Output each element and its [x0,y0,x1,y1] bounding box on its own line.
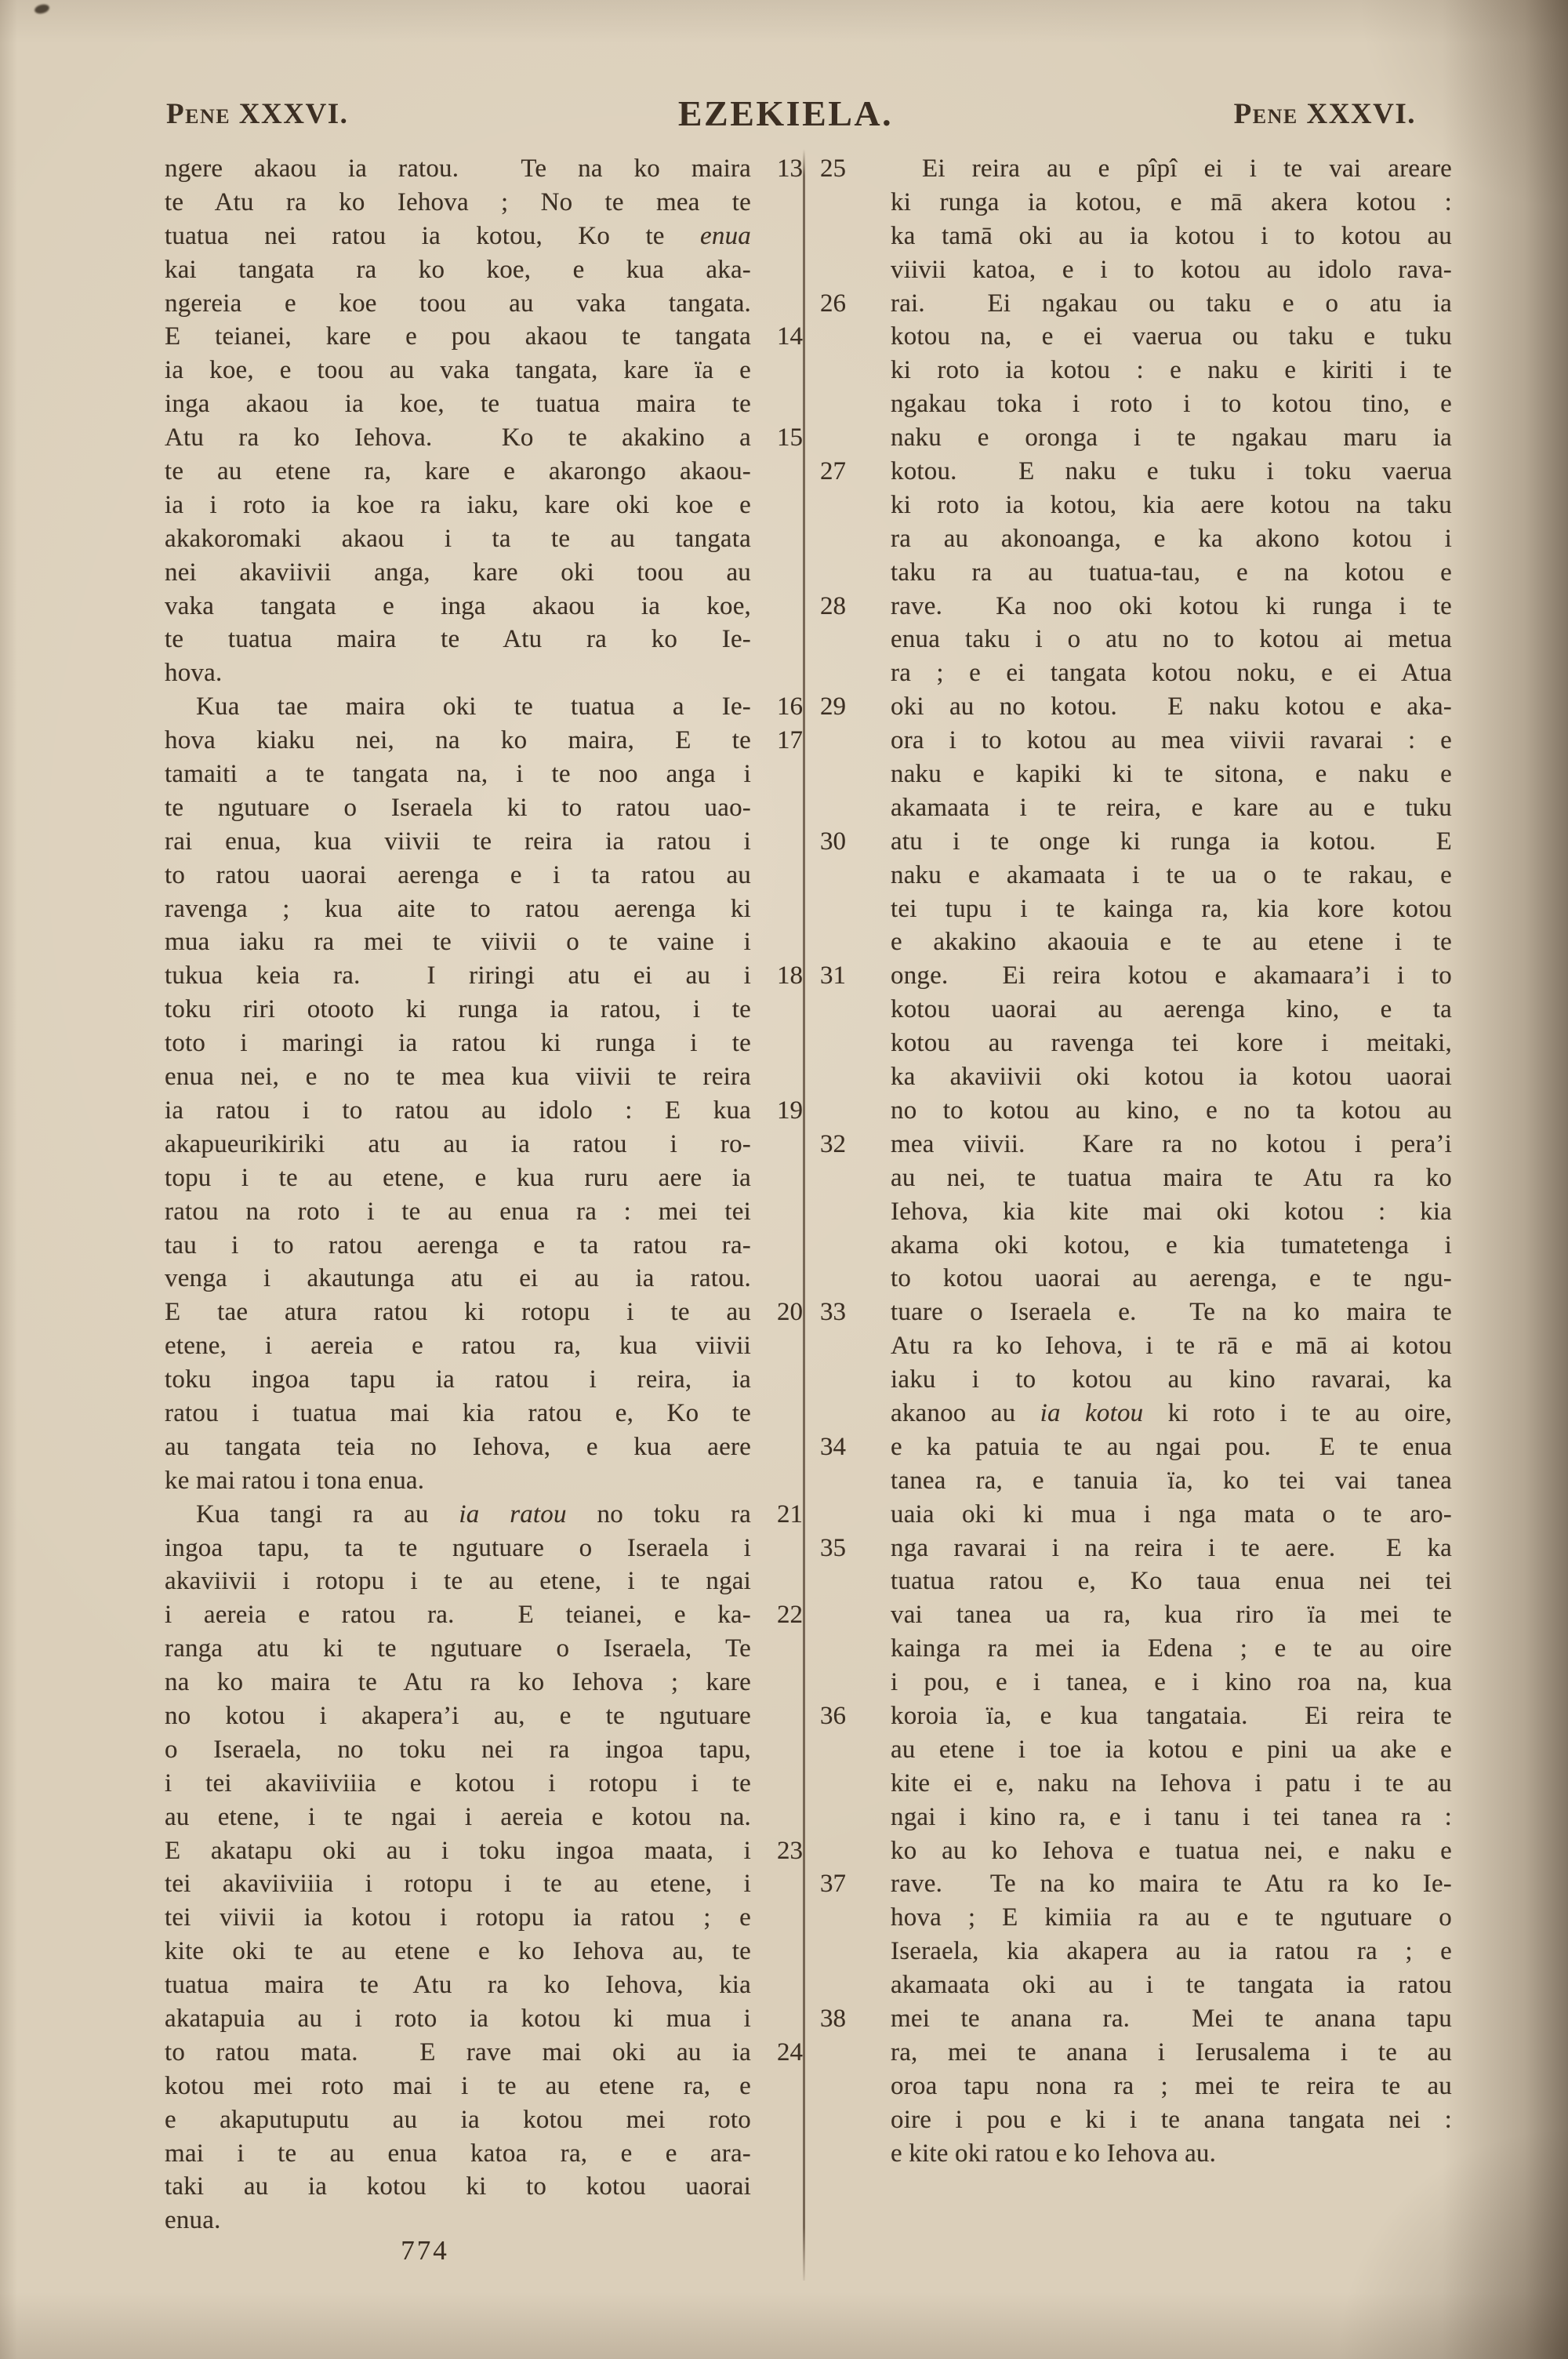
text-line: tei akaviiviiia i rotopu i te au etene, … [165,1867,751,1901]
text-line: mai i te au enua katoa ra, e e ara- [165,2137,751,2171]
text-line: kite oki te au etene e ko Iehova au, te [165,1935,751,1968]
text-line: ka akaviivii oki kotou ia kotou uaorai [891,1060,1452,1094]
text-line: i tei akaviiviiia e kotou i rotopu i te [165,1767,751,1801]
text-line: ia koe, e toou au vaka tangata, kare ïa … [165,354,751,387]
text-line: kite ei e, naku na Iehova i patu i te au [891,1767,1452,1801]
text-line: uaia oki ki mua i nga mata o te aro- [891,1498,1452,1532]
text-line: e ka patuia te au ngai pou. E te enua34 [891,1430,1452,1464]
verse-number: 16 [777,690,803,724]
text-line: ia ratou i to ratou au idolo : E kua19 [165,1094,751,1128]
text-line: ranga atu ki te ngutuare o Iseraela, Te [165,1632,751,1666]
text-line: ki runga ia kotou, e mā akera kotou : [891,186,1452,220]
text-line: inga akaou ia koe, te tuatua maira te [165,387,751,421]
verse-number: 21 [777,1498,803,1532]
verse-number: 13 [777,152,803,186]
text-line: ka tamā oki au ia kotou i to kotou au [891,220,1452,253]
text-line: E tae atura ratou ki rotopu i te au20 [165,1296,751,1329]
text-line: topu i te au etene, e kua ruru aere ia [165,1161,751,1195]
text-line: no to kotou au kino, e no ta kotou au [891,1094,1452,1128]
text-line: tau i to ratou aerenga e ta ratou ra- [165,1229,751,1263]
text-line: atu i te onge ki runga ia kotou. E30 [891,825,1452,859]
text-line: ki roto ia kotou : e naku e kiriti i te [891,354,1452,387]
text-line: au nei, te tuatua maira te Atu ra ko [891,1161,1452,1195]
text-line: akakoromaki akaou i ta te au tangata [165,522,751,556]
column-left: ngere akaou ia ratou. Te na ko maira13te… [165,152,751,2237]
text-line: hova. [165,656,751,690]
verse-number: 18 [777,959,803,993]
verse-number: 33 [820,1296,846,1329]
text-line: Iseraela, kia akapera au ia ratou ra ; e [891,1935,1452,1968]
text-line: i aereia e ratou ra. E teianei, e ka-22 [165,1598,751,1632]
text-line: enua. [165,2204,751,2237]
text-line: akatapuia au i roto ia kotou ki mua i [165,2002,751,2036]
text-line: akama oki kotou, e kia tumatetenga i [891,1229,1452,1263]
text-line: ra ; e ei tangata kotou noku, e ei Atua [891,656,1452,690]
text-line: tamaiti a te tangata na, i te noo anga i [165,758,751,791]
text-line: rai. Ei ngakau ou taku e o atu ia26 [891,287,1452,321]
text-line: nei akaviivii anga, kare oki toou au [165,556,751,590]
text-line: tuatua nei ratou ia kotou, Ko te enua [165,220,751,253]
text-line: enua taku i o atu no to kotou ai metua [891,623,1452,656]
text-line: hova ; E kimiia ra au e te ngutuare o [891,1901,1452,1935]
text-line: taki au ia kotou ki to kotou uaorai [165,2170,751,2204]
verse-number: 27 [820,455,846,489]
text-line: te tuatua maira te Atu ra ko Ie- [165,623,751,656]
text-line: kotou mei roto mai i te au etene ra, e [165,2070,751,2103]
text-line: ngereia e koe toou au vaka tangata. [165,287,751,321]
text-line: akanoo au ia kotou ki roto i te au oire, [891,1397,1452,1430]
verse-number: 34 [820,1430,846,1464]
column-right: Ei reira au e pîpî ei i te vai areare25k… [891,152,1452,2170]
text-line: au tangata teia no Iehova, e kua aere [165,1430,751,1464]
text-line: akaviivii i rotopu i te au etene, i te n… [165,1565,751,1598]
verse-number: 32 [820,1128,846,1161]
verse-number: 28 [820,590,846,623]
text-line: tuatua maira te Atu ra ko Iehova, kia [165,1968,751,2002]
text-line: venga i akautunga atu ei au ia ratou. [165,1262,751,1296]
text-line: i pou, e i tanea, e i kino roa na, kua [891,1666,1452,1699]
text-line: ra au akonoanga, e ka akono kotou i [891,522,1452,556]
text-line: Atu ra ko Iehova. Ko te akakino a15 [165,421,751,455]
text-line: te au etene ra, kare e akarongo akaou- [165,455,751,489]
verse-number: 36 [820,1699,846,1733]
text-line: kotou uaorai au aerenga kino, e ta [891,993,1452,1027]
text-line: na ko maira te Atu ra ko Iehova ; kare [165,1666,751,1699]
text-line: mei te anana ra. Mei te anana tapu38 [891,2002,1452,2036]
text-line: E teianei, kare e pou akaou te tangata14 [165,320,751,354]
text-line: naku e akamaata i te ua o te rakau, e [891,859,1452,892]
verse-number: 20 [777,1296,803,1329]
text-line: no kotou i akapera’i au, e te ngutuare [165,1699,751,1733]
text-line: vaka tangata e inga akaou ia koe, [165,590,751,623]
text-line: ingoa tapu, ta te ngutuare o Iseraela i [165,1532,751,1565]
text-line: to ratou mata. E rave mai oki au ia24 [165,2036,751,2070]
text-line: oire i pou e ki i te anana tangata nei : [891,2103,1452,2137]
text-line: Atu ra ko Iehova, i te rā e mā ai kotou [891,1329,1452,1363]
text-line: Kua tae maira oki te tuatua a Ie-16 [165,690,751,724]
text-line: Kua tangi ra au ia ratou no toku ra21 [165,1498,751,1532]
text-line: rave. Te na ko maira te Atu ra ko Ie-37 [891,1867,1452,1901]
verse-number: 26 [820,287,846,321]
text-line: naku e kapiki ki te sitona, e naku e [891,758,1452,791]
text-line: kotou. E naku e tuku i toku vaerua27 [891,455,1452,489]
text-line: ravenga ; kua aite to ratou aerenga ki [165,892,751,926]
text-line: ngakau toka i roto i to kotou tino, e [891,387,1452,421]
text-line: tuatua ratou e, Ko taua enua nei tei [891,1565,1452,1598]
text-line: mea viivii. Kare ra no kotou i pera’i32 [891,1128,1452,1161]
text-line: oki au no kotou. E naku kotou e aka-29 [891,690,1452,724]
text-line: oroa tapu nona ra ; mei te reira te au [891,2070,1452,2103]
verse-number: 19 [777,1094,803,1128]
verse-number: 31 [820,959,846,993]
text-line: o Iseraela, no toku nei ra ingoa tapu, [165,1733,751,1767]
verse-number: 22 [777,1598,803,1632]
text-line: ratou na roto i te au enua ra : mei tei [165,1195,751,1229]
text-line: Iehova, kia kite mai oki kotou : kia [891,1195,1452,1229]
running-head-book-title: EZEKIELA. [678,93,893,134]
page-number: 774 [362,2235,488,2266]
text-line: rave. Ka noo oki kotou ki runga i te28 [891,590,1452,623]
text-line: to kotou uaorai au aerenga, e te ngu- [891,1262,1452,1296]
verse-number: 15 [777,421,803,455]
text-line: hova kiaku nei, na ko maira, E te17 [165,724,751,758]
text-line: ke mai ratou i tona enua. [165,1464,751,1498]
text-line: enua nei, e no te mea kua viivii te reir… [165,1060,751,1094]
verse-number: 25 [820,152,846,186]
text-line: to ratou uaorai aerenga e i ta ratou au [165,859,751,892]
text-line: ngai i kino ra, e i tanu i tei tanea ra … [891,1801,1452,1834]
text-line: kai tangata ra ko koe, e kua aka- [165,253,751,287]
text-line: toku ingoa tapu ia ratou i reira, ia [165,1363,751,1397]
running-head-chapter-right: Pene XXXVI. [1234,97,1416,131]
running-head-chapter-left: Pene XXXVI. [166,97,348,131]
text-line: iaku i to kotou au kino ravarai, ka [891,1363,1452,1397]
text-line: mua iaku ra mei te viivii o te vaine i [165,925,751,959]
verse-number: 37 [820,1867,846,1901]
text-line: E akatapu oki au i toku ingoa maata, i23 [165,1834,751,1868]
text-line: ora i to kotou au mea viivii ravarai : e [891,724,1452,758]
verse-number: 38 [820,2002,846,2036]
text-line: tei viivii ia kotou i rotopu ia ratou ; … [165,1901,751,1935]
text-line: e akakino akaouia e te au etene i te [891,925,1452,959]
text-line: kotou na, e ei vaerua ou taku e tuku [891,320,1452,354]
text-line: ia i roto ia koe ra iaku, kare oki koe e [165,489,751,522]
text-line: ki roto ia kotou, kia aere kotou na taku [891,489,1452,522]
verse-number: 14 [777,320,803,354]
text-line: vai tanea ua ra, kua riro ïa mei te [891,1598,1452,1632]
verse-number: 24 [777,2036,803,2070]
text-line: ra, mei te anana i Ierusalema i te au [891,2036,1452,2070]
text-line: viivii katoa, e i to kotou au idolo rava… [891,253,1452,287]
text-line: ko au ko Iehova e tuatua nei, e naku e [891,1834,1452,1868]
text-line: onge. Ei reira kotou e akamaara’i i to31 [891,959,1452,993]
text-line: te Atu ra ko Iehova ; No te mea te [165,186,751,220]
text-line: tanea ra, e tanuia ïa, ko tei vai tanea [891,1464,1452,1498]
text-line: Ei reira au e pîpî ei i te vai areare25 [891,152,1452,186]
text-line: etene, i aereia e ratou ra, kua viivii [165,1329,751,1363]
column-divider-rule [803,149,805,2281]
text-line: au etene, i te ngai i aereia e kotou na. [165,1801,751,1834]
verse-number: 35 [820,1532,846,1565]
text-line: tukua keia ra. I riringi atu ei au i18 [165,959,751,993]
verse-number: 30 [820,825,846,859]
text-line: nga ravarai i na reira i te aere. E ka35 [891,1532,1452,1565]
ink-speck [34,3,50,15]
text-line: akamaata oki au i te tangata ia ratou [891,1968,1452,2002]
text-line: te ngutuare o Iseraela ki to ratou uao- [165,791,751,825]
text-line: toku riri otooto ki runga ia ratou, i te [165,993,751,1027]
text-line: toto i maringi ia ratou ki runga i te [165,1027,751,1060]
text-line: e kite oki ratou e ko Iehova au. [891,2137,1452,2171]
text-line: taku ra au tuatua-tau, e na kotou e [891,556,1452,590]
text-line: tei tupu i te kainga ra, kia kore kotou [891,892,1452,926]
book-page: Pene XXXVI. EZEKIELA. Pene XXXVI. ngere … [0,0,1568,2359]
text-line: tuare o Iseraela e. Te na ko maira te33 [891,1296,1452,1329]
verse-number: 29 [820,690,846,724]
verse-number: 17 [777,724,803,758]
text-line: kotou au ravenga tei kore i meitaki, [891,1027,1452,1060]
text-line: akamaata i te reira, e kare au e tuku [891,791,1452,825]
text-line: au etene i toe ia kotou e pini ua ake e [891,1733,1452,1767]
text-line: ratou i tuatua mai kia ratou e, Ko te [165,1397,751,1430]
text-line: ngere akaou ia ratou. Te na ko maira13 [165,152,751,186]
text-line: rai enua, kua viivii te reira ia ratou i [165,825,751,859]
text-line: naku e oronga i te ngakau maru ia [891,421,1452,455]
text-line: koroia ïa, e kua tangataia. Ei reira te3… [891,1699,1452,1733]
text-line: akapueurikiriki atu au ia ratou i ro- [165,1128,751,1161]
text-line: e akaputuputu au ia kotou mei roto [165,2103,751,2137]
verse-number: 23 [777,1834,803,1868]
text-line: kainga ra mei ia Edena ; e te au oire [891,1632,1452,1666]
